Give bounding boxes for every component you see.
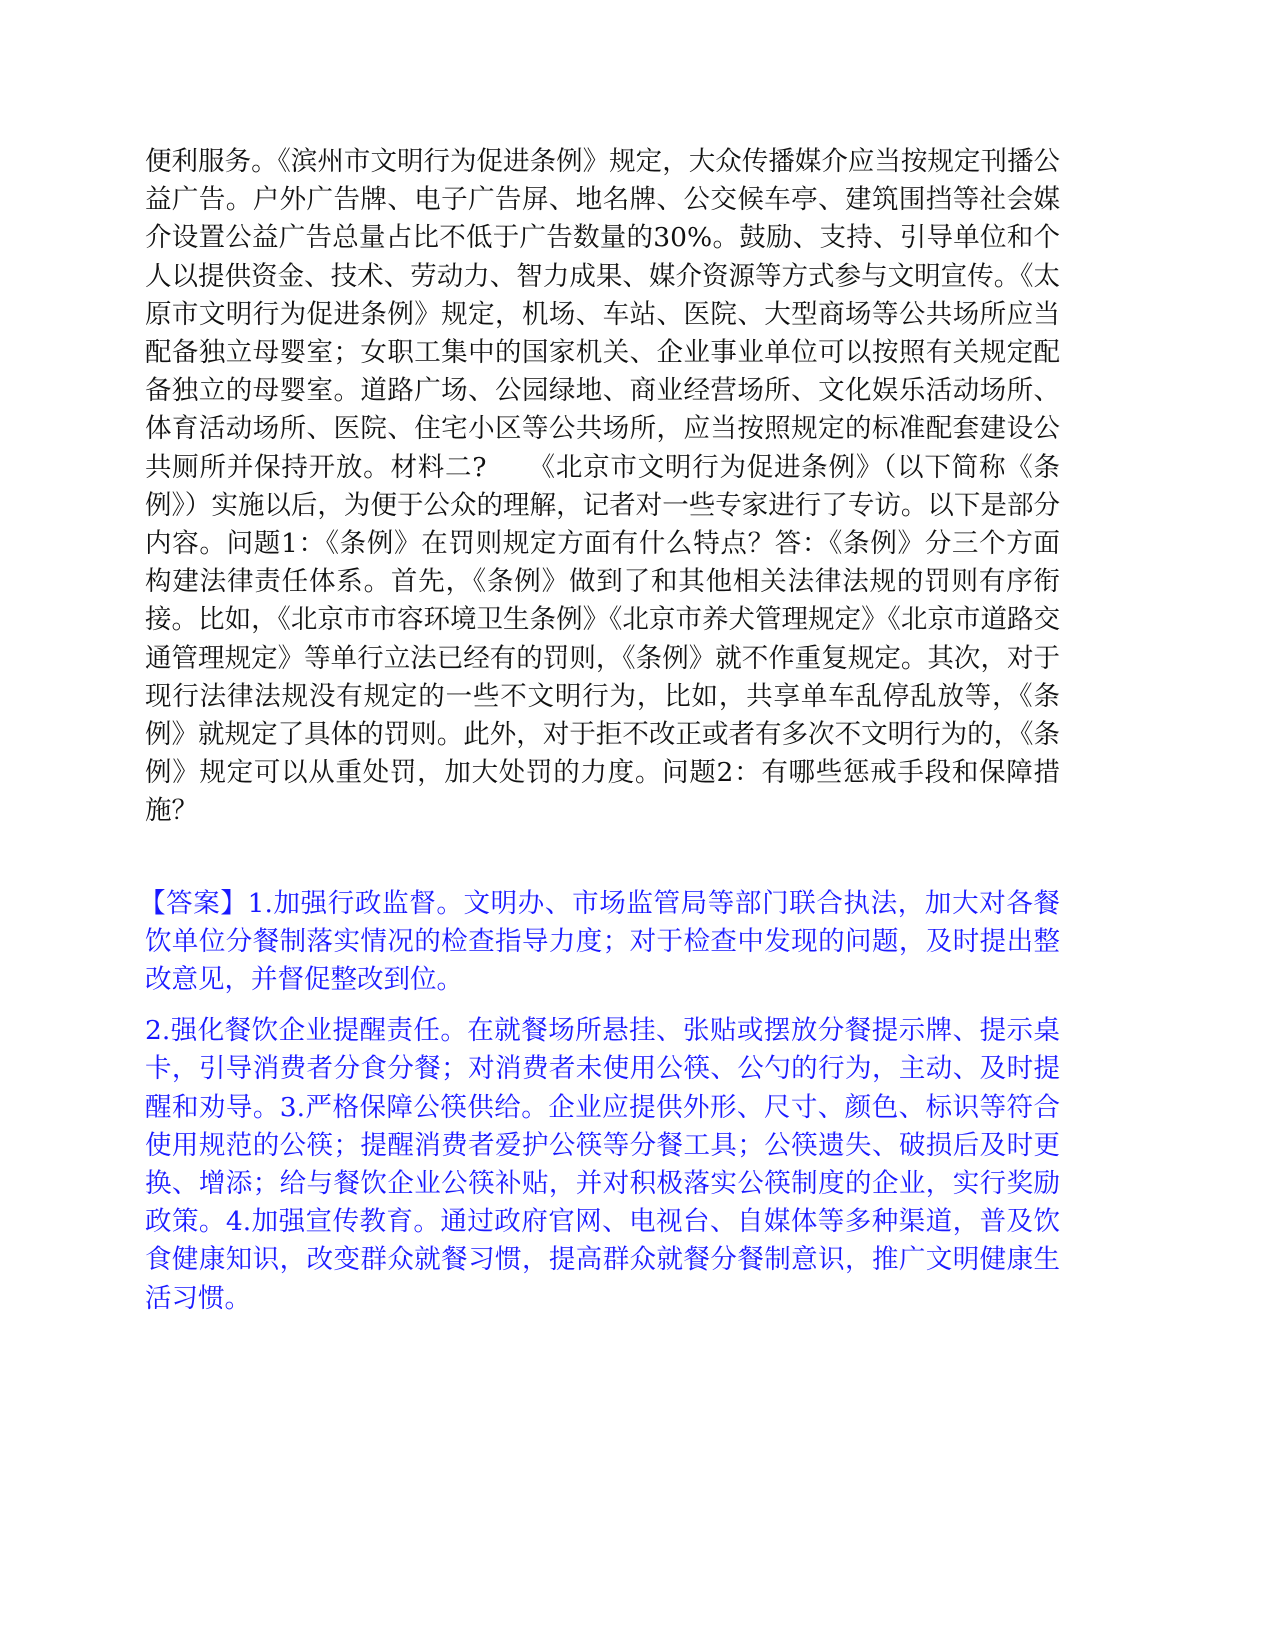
answer-paragraph-2: 2.强化餐饮企业提醒责任。在就餐场所悬挂、张贴或摆放分餐提示牌、提示桌卡，引导消… (145, 1012, 1060, 1318)
answer-paragraph-1: 【答案】1.加强行政监督。文明办、市场监管局等部门联合执法，加大对各餐饮单位分餐… (145, 885, 1060, 1000)
answer-section: 【答案】1.加强行政监督。文明办、市场监管局等部门联合执法，加大对各餐饮单位分餐… (145, 885, 1060, 1318)
material-paragraph: 便利服务。《滨州市文明行为促进条例》规定，大众传播媒介应当按规定刊播公益广告。户… (145, 143, 1060, 831)
answer-label: 【答案】 (139, 888, 248, 919)
document-page: 便利服务。《滨州市文明行为促进条例》规定，大众传播媒介应当按规定刊播公益广告。户… (145, 143, 1060, 1318)
answer-text-1: 1.加强行政监督。文明办、市场监管局等部门联合执法，加大对各餐饮单位分餐制落实情… (145, 888, 1060, 995)
